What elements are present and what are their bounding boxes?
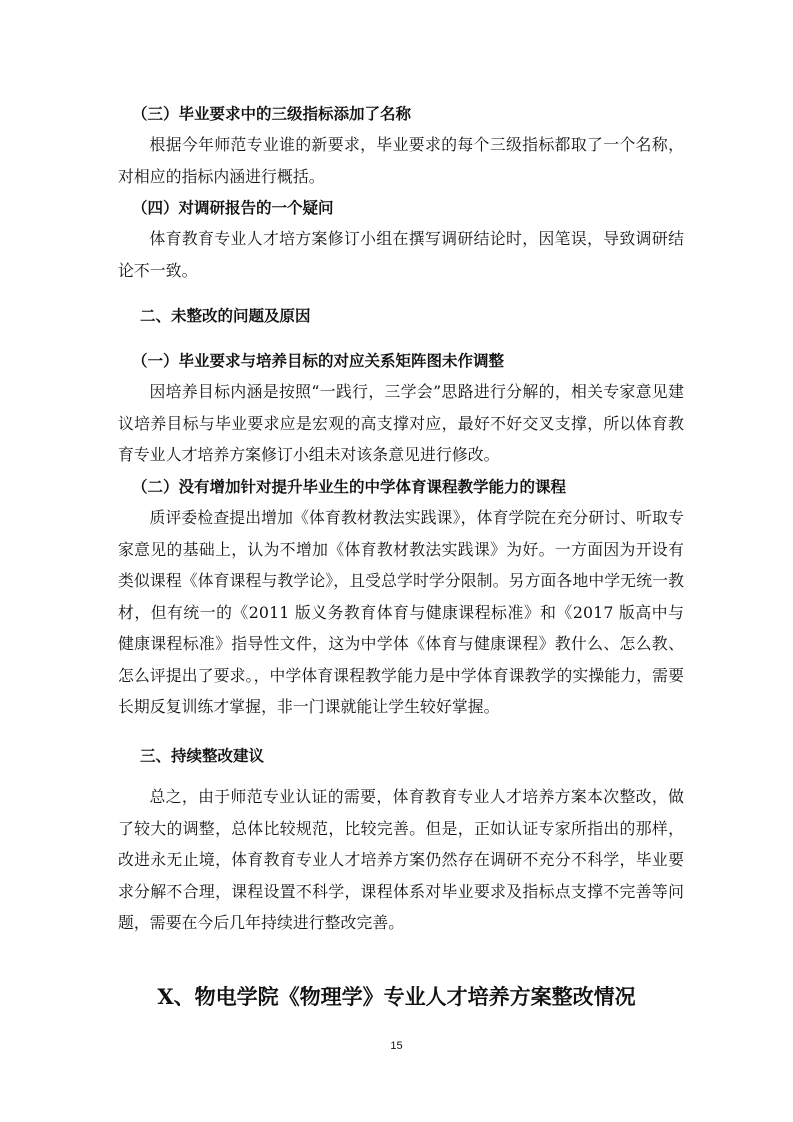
part-2-sub-2-paragraph: 质评委检查提出增加《体育教材教法实践课》，体育学院在充分研讨、听取专家意见的基础… [118,502,684,723]
section-3-paragraph: 根据今年师范专业谁的新要求，毕业要求的每个三级指标都取了一个名称，对相应的指标内… [118,129,684,192]
next-chapter-title: X、物电学院《物理学》专业人才培养方案整改情况 [0,982,793,1012]
part-2-sub-2-heading: （二）没有增加针对提升毕业生的中学体育课程教学能力的课程 [118,477,698,497]
section-heading-4: （四）对调研报告的一个疑问 [118,198,698,218]
part-2-sub-1-heading: （一）毕业要求与培养目标的对应关系矩阵图未作调整 [118,351,698,371]
part-3-heading: 三、持续整改建议 [118,746,706,766]
page-number: 15 [0,1040,793,1052]
part-2-sub-1-paragraph: 因培养目标内涵是按照“一践行，三学会”思路进行分解的，相关专家意见建议培养目标与… [118,376,684,471]
section-heading-3: （三）毕业要求中的三级指标添加了名称 [118,104,698,124]
part-2-heading: 二、未整改的问题及原因 [118,306,706,326]
part-3-paragraph: 总之，由于师范专业认证的需要，体育教育专业人才培养方案本次整改，做了较大的调整，… [118,781,684,939]
section-4-paragraph: 体育教育专业人才培方案修订小组在撰写调研结论时，因笔误，导致调研结论不一致。 [118,223,684,286]
